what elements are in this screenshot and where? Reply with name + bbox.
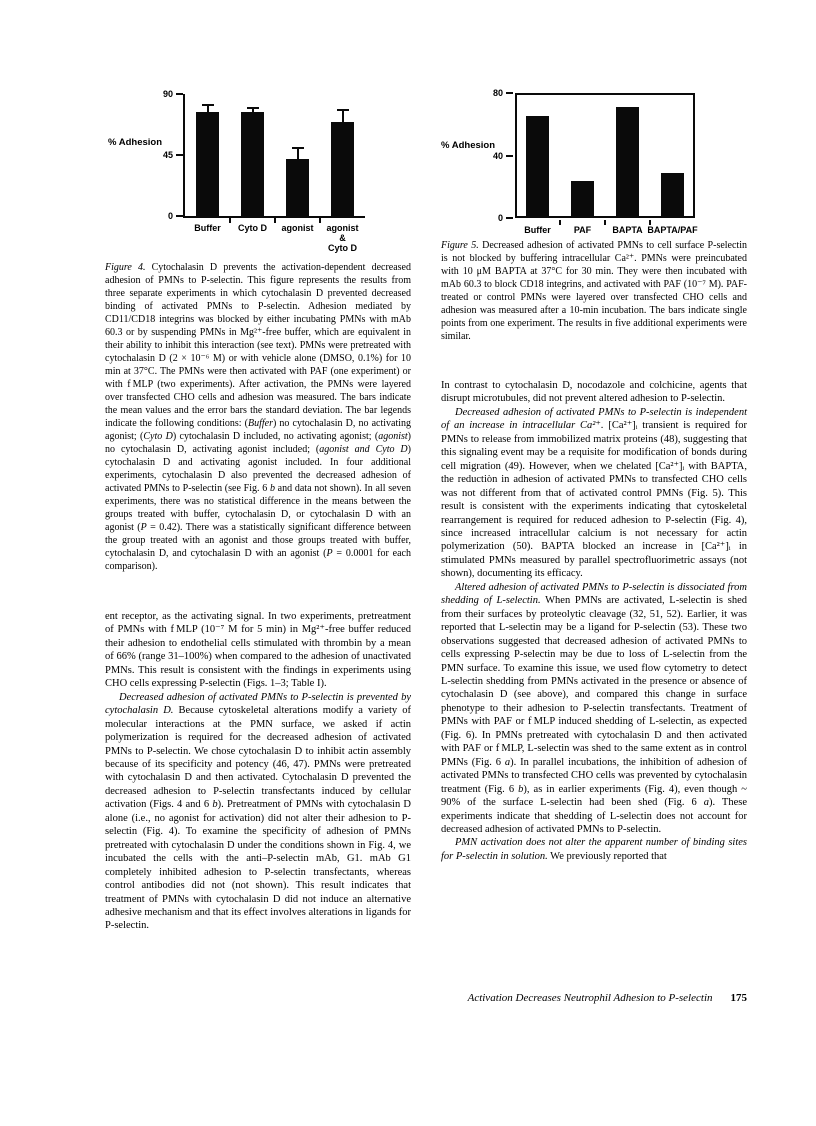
x-tick [319, 218, 321, 223]
page-footer: Activation Decreases Neutrophil Adhesion… [441, 992, 747, 1004]
text-segment: [Ca²⁺]ᵢ transient is required for PMNs t… [441, 420, 747, 579]
text-segment: Decreased adhesion of activated PMNs to … [441, 240, 747, 342]
error-bar-line [342, 110, 344, 122]
x-tick [604, 220, 606, 225]
y-tick [506, 92, 513, 94]
y-tick-label: 0 [481, 213, 503, 223]
error-bar-cap [202, 104, 214, 106]
journal-page: % Adhesion90450BufferCyto Dagonistagonis… [0, 0, 816, 1126]
x-tick-label: agonist & Cyto D [308, 223, 378, 253]
paragraph: ent receptor, as the activating signal. … [105, 610, 411, 691]
y-tick [506, 155, 513, 157]
paragraph: In contrast to cytochalasin D, nocodazol… [441, 379, 747, 406]
text-segment: We previously reported that [548, 851, 667, 862]
bar [616, 107, 639, 218]
error-bar-line [297, 148, 299, 159]
y-axis-label: % Adhesion [441, 141, 495, 151]
bar [241, 112, 264, 216]
y-tick [176, 93, 183, 95]
error-bar-line [207, 105, 209, 112]
bar [196, 112, 219, 216]
x-tick [229, 218, 231, 223]
bar [661, 173, 684, 218]
text-segment: agonist [378, 431, 407, 442]
paragraph: Decreased adhesion of activated PMNs to … [441, 406, 747, 581]
x-tick [559, 220, 561, 225]
x-tick [649, 220, 651, 225]
left-column-text: ent receptor, as the activating signal. … [105, 610, 411, 933]
page-number: 175 [731, 992, 748, 1004]
y-tick [176, 215, 183, 217]
text-segment: Buffer [248, 418, 273, 429]
y-tick-label: 40 [481, 151, 503, 161]
y-tick-label: 45 [151, 150, 173, 160]
figure4-caption: Figure 4. Cytochalasin D prevents the ac… [105, 261, 411, 573]
text-segment: ). Pretreatment of PMNs with cytochalasi… [105, 799, 411, 931]
figure4-chart: % Adhesion90450BufferCyto Dagonistagonis… [105, 84, 405, 259]
figure5-caption: Figure 5. Decreased adhesion of activate… [441, 239, 747, 343]
paragraph: Altered adhesion of activated PMNs to P-… [441, 581, 747, 837]
error-bar-cap [337, 109, 349, 111]
right-column-text: In contrast to cytochalasin D, nocodazol… [441, 379, 747, 863]
y-tick-label: 0 [151, 211, 173, 221]
bar [286, 159, 309, 216]
text-segment: agonist and Cyto D [319, 444, 407, 455]
paragraph: PMN activation does not alter the appare… [441, 836, 747, 863]
bar [331, 122, 354, 216]
y-axis-line [183, 94, 185, 218]
text-segment: ent receptor, as the activating signal. … [105, 611, 411, 689]
y-axis-label: % Adhesion [108, 138, 162, 148]
y-tick-label: 90 [151, 89, 173, 99]
bar [571, 181, 594, 219]
error-bar-cap [292, 147, 304, 149]
paragraph: Decreased adhesion of activated PMNs to … [105, 691, 411, 933]
text-segment: Cyto D [143, 431, 172, 442]
text-segment: ) cytochalasin D included, no activating… [173, 431, 378, 442]
figure5-chart: % Adhesion80400BufferPAFBAPTABAPTA/PAF [435, 80, 747, 255]
error-bar-cap [247, 107, 259, 109]
y-tick [176, 154, 183, 156]
y-tick-label: 80 [481, 88, 503, 98]
y-tick [506, 217, 513, 219]
text-segment: Figure 4. [105, 262, 145, 273]
text-segment: Cytochalasin D prevents the activation-d… [105, 262, 411, 429]
text-segment: When PMNs are activated, L-selectin is s… [441, 595, 747, 767]
running-title: Activation Decreases Neutrophil Adhesion… [468, 992, 713, 1004]
bar [526, 116, 549, 218]
text-segment: Because cytoskeletal alterations modify … [105, 705, 411, 810]
x-tick [274, 218, 276, 223]
text-segment: In contrast to cytochalasin D, nocodazol… [441, 380, 747, 404]
x-tick-label: BAPTA/PAF [638, 225, 708, 235]
text-segment: Figure 5. [441, 240, 479, 251]
